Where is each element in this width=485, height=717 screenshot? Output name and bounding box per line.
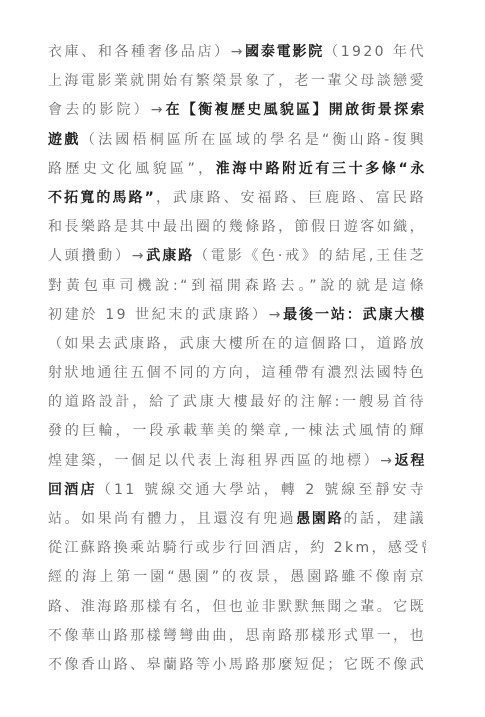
text-segment: 會去的影院）→ [48, 102, 165, 118]
bold-text-segment: 在【衡複歷史風貌區】開啟街景探索 [165, 102, 426, 118]
text-segment: 的話，建議 [343, 511, 426, 527]
text-segment: 路歷史文化風貌區”， [48, 161, 216, 177]
text-line: 會去的影院）→在【衡複歷史風貌區】開啟街景探索 [48, 96, 426, 125]
text-line: （如果去武康路，武康大樓所在的這個路口，道路放 [48, 330, 426, 359]
text-line: 回酒店（11 號線交通大學站，轉 2 號線至靜安寺 [48, 476, 426, 505]
bold-text-segment: 返程 [394, 453, 426, 469]
text-segment: 的道路設計，給了武康大樓最好的注解:一艘易首待 [48, 394, 426, 410]
text-line: 經的海上第一園“愚園”的夜景，愚園路雖不像南京 [48, 563, 426, 592]
text-segment: 人頭攢動）→ [48, 248, 146, 264]
text-segment: 不像華山路那樣彎彎曲曲，思南路那樣形式單一，也 [48, 628, 426, 644]
text-segment: 衣庫、和各種奢侈品店）→ [48, 44, 245, 60]
text-segment: 不像香山路、皋蘭路等小馬路那麼短促；它既不像武 [48, 657, 426, 673]
bold-text-segment: 最後一站：武康大樓 [283, 307, 426, 323]
text-segment: 路、淮海路那樣有名，但也並非默默無聞之輩。它既 [48, 599, 426, 615]
text-line: 射狀地通往五個不同的方向，這種帶有濃烈法國特色 [48, 359, 426, 388]
text-line: 站。如果尚有體力，且還沒有兜過愚園路的話，建議 [48, 505, 426, 534]
bold-text-segment: 回酒店 [48, 482, 97, 498]
text-line: 的道路設計，給了武康大樓最好的注解:一艘易首待 [48, 388, 426, 417]
text-segment: （1920 年代 [324, 44, 426, 60]
text-line: 衣庫、和各種奢侈品店）→國泰電影院（1920 年代 [48, 38, 426, 67]
text-segment: 對黃包車司機說:“到福開森路去。”說的就是這條 [48, 278, 426, 294]
bold-text-segment: 不拓寬的馬路” [48, 190, 155, 206]
document-page: 衣庫、和各種奢侈品店）→國泰電影院（1920 年代 上海電影業就開始有繁榮景象了… [48, 38, 426, 680]
text-segment: （電影《色·戒》的結尾,王佳芝 [194, 248, 426, 264]
text-line: 不像華山路那樣彎彎曲曲，思南路那樣形式單一，也 [48, 622, 426, 651]
text-line: 不像香山路、皋蘭路等小馬路那麼短促；它既不像武 [48, 651, 426, 680]
text-segment: 發的巨輪，一段承載華美的樂章,一棟法式風情的輝 [48, 423, 426, 439]
bold-text-segment: 淮海中路附近有三十多條“永 [216, 161, 426, 177]
text-segment: （法國梧桐區所在區域的學名是“衡山路-復興 [81, 132, 426, 148]
text-line: 遊戲（法國梧桐區所在區域的學名是“衡山路-復興 [48, 126, 426, 155]
bold-text-segment: 國泰電影院 [245, 44, 324, 60]
text-segment: 從江蘇路換乘站騎行或步行回酒店，約 2km，感受曾 [48, 540, 426, 556]
text-segment: 和長樂路是其中最出圈的幾條路，節假日遊客如織， [48, 219, 426, 235]
text-line: 上海電影業就開始有繁榮景象了，老一輩父母談戀愛 [48, 67, 426, 96]
text-segment: 煌建築，一個足以代表上海租界西區的地標）→ [48, 453, 394, 469]
text-line: 不拓寬的馬路”，武康路、安福路、巨鹿路、富民路 [48, 184, 426, 213]
text-line: 人頭攢動）→武康路（電影《色·戒》的結尾,王佳芝 [48, 242, 426, 271]
text-segment: 初建於 19 世紀末的武康路）→ [48, 307, 283, 323]
text-segment: （11 號線交通大學站，轉 2 號線至靜安寺 [97, 482, 426, 498]
text-segment: （如果去武康路，武康大樓所在的這個路口，道路放 [48, 336, 426, 352]
text-line: 從江蘇路換乘站騎行或步行回酒店，約 2km，感受曾 [48, 534, 426, 563]
text-segment: 經的海上第一園“愚園”的夜景，愚園路雖不像南京 [48, 569, 426, 585]
bold-text-segment: 武康路 [146, 248, 194, 264]
text-segment: 站。如果尚有體力，且還沒有兜過 [48, 511, 296, 527]
bold-text-segment: 愚園路 [296, 511, 343, 527]
text-line: 路歷史文化風貌區”，淮海中路附近有三十多條“永 [48, 155, 426, 184]
text-segment: 上海電影業就開始有繁榮景象了，老一輩父母談戀愛 [48, 73, 426, 89]
text-line: 煌建築，一個足以代表上海租界西區的地標）→返程 [48, 447, 426, 476]
text-line: 路、淮海路那樣有名，但也並非默默無聞之輩。它既 [48, 593, 426, 622]
text-segment: 射狀地通往五個不同的方向，這種帶有濃烈法國特色 [48, 365, 426, 381]
text-segment: ，武康路、安福路、巨鹿路、富民路 [155, 190, 426, 206]
bold-text-segment: 遊戲 [48, 132, 81, 148]
text-line: 初建於 19 世紀末的武康路）→最後一站：武康大樓 [48, 301, 426, 330]
text-line: 發的巨輪，一段承載華美的樂章,一棟法式風情的輝 [48, 417, 426, 446]
text-line: 和長樂路是其中最出圈的幾條路，節假日遊客如織， [48, 213, 426, 242]
text-line: 對黃包車司機說:“到福開森路去。”說的就是這條 [48, 272, 426, 301]
